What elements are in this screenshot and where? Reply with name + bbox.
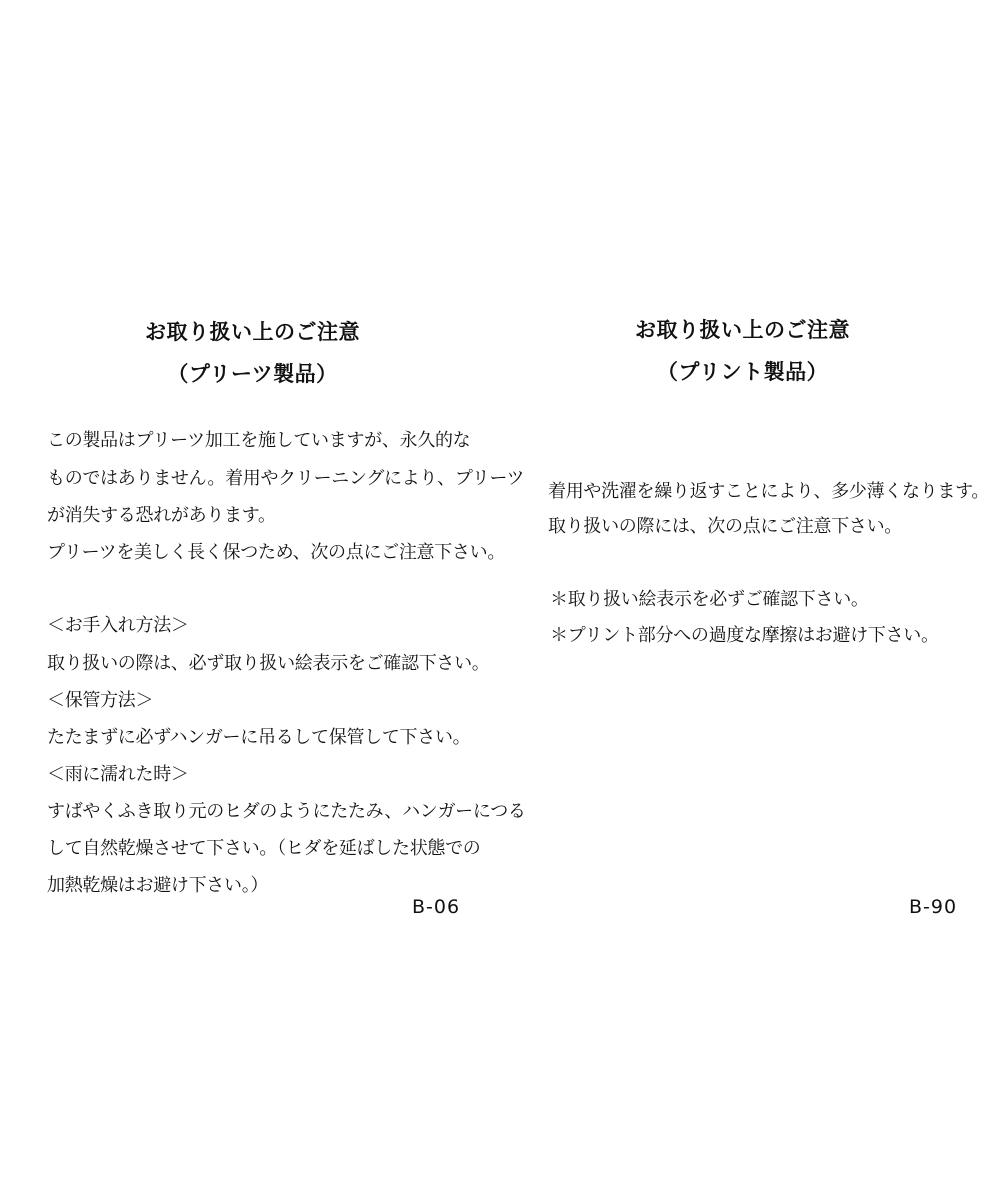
card-subtitle: （プリーツ製品）	[0, 358, 505, 388]
product-code: B-06	[412, 896, 460, 918]
care-card-print: お取り扱い上のご注意 （プリント製品） 着用や洗濯を繰り返すことにより、多少薄く…	[500, 0, 1000, 1200]
note-line: ＊プリント部分への過度な摩擦はお避け下さい。	[550, 621, 939, 647]
intro-line: この製品はプリーツ加工を施していますが、永久的な	[47, 426, 470, 452]
section-line: 加熱乾燥はお避け下さい。）	[47, 871, 268, 897]
section-heading-wet-in-rain: ＜雨に濡れた時＞	[47, 760, 189, 786]
section-line: 取り扱いの際は、必ず取り扱い絵表示をご確認下さい。	[47, 649, 490, 675]
note-line: ＊取り扱い絵表示を必ずご確認下さい。	[550, 585, 869, 611]
card-subtitle: （プリント製品）	[500, 356, 985, 386]
intro-line: 取り扱いの際には、次の点にご注意下さい。	[548, 512, 902, 538]
product-code: B-90	[909, 896, 957, 918]
section-line: たたまずに必ずハンガーに吊るして保管して下さい。	[47, 723, 470, 749]
section-heading-storage-method: ＜保管方法＞	[47, 686, 153, 712]
section-line: すばやくふき取り元のヒダのようにたたみ、ハンガーにつる	[47, 797, 526, 823]
care-card-pleats: お取り扱い上のご注意 （プリーツ製品） この製品はプリーツ加工を施していますが、…	[0, 0, 500, 1200]
section-heading-care-method: ＜お手入れ方法＞	[47, 611, 189, 637]
card-title: お取り扱い上のご注意	[0, 316, 505, 346]
card-title: お取り扱い上のご注意	[500, 314, 985, 344]
intro-line: ものではありません。着用やクリーニングにより、プリーツ	[47, 464, 524, 490]
intro-line: 着用や洗濯を繰り返すことにより、多少薄くなります。	[548, 477, 989, 503]
intro-line: プリーツを美しく長く保つため、次の点にご注意下さい。	[47, 538, 505, 564]
intro-line: が消失する恐れがあります。	[47, 501, 276, 527]
section-line: して自然乾燥させて下さい。（ヒダを延ばした状態での	[47, 834, 481, 860]
